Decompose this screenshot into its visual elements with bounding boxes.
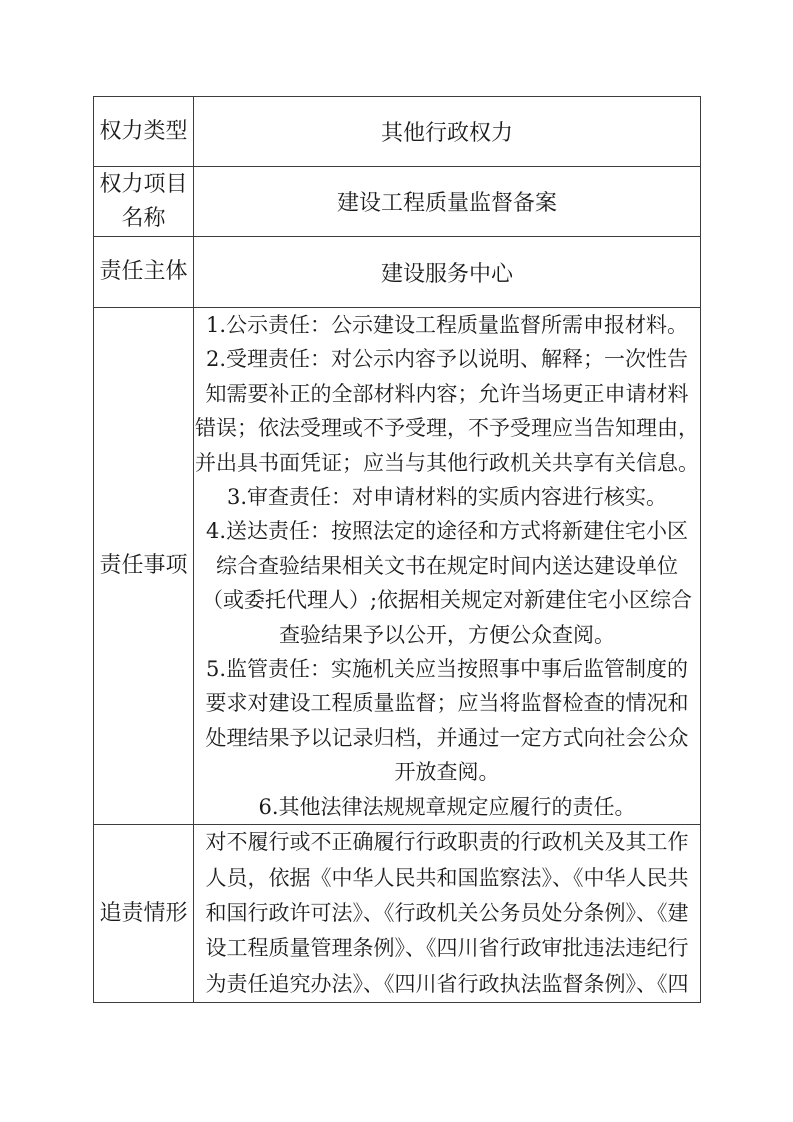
text-line: 开放查阅。 bbox=[194, 755, 700, 789]
row-value-power-type: 其他行政权力 bbox=[194, 97, 701, 167]
row-value-responsibility-items: 1.公示责任：公示建设工程质量监督所需申报材料。2.受理责任：对公示内容予以说明… bbox=[194, 308, 701, 825]
text-line: 设工程质量管理条例》、《四川省行政审批违法违纪行 bbox=[194, 931, 700, 966]
row-value-accountability: 对不履行或不正确履行行政职责的行政机关及其工作人员，依据《中华人民共和国监察法》… bbox=[194, 825, 701, 1003]
text-line: 4.送达责任：按照法定的途径和方式将新建住宅小区 bbox=[194, 514, 700, 548]
text-line: 并出具书面凭证；应当与其他行政机关共享有关信息。 bbox=[194, 446, 700, 480]
text-line: 3.审查责任：对申请材料的实质内容进行核实。 bbox=[194, 480, 700, 514]
row-label-responsible-entity: 责任主体 bbox=[94, 237, 194, 308]
text-line: 2.受理责任：对公示内容予以说明、解释；一次性告 bbox=[194, 342, 700, 376]
table-row-responsibility-items: 责任事项 1.公示责任：公示建设工程质量监督所需申报材料。2.受理责任：对公示内… bbox=[94, 308, 701, 825]
table-row-responsible-entity: 责任主体 建设服务中心 bbox=[94, 237, 701, 308]
row-label-project-name: 权力项目名称 bbox=[94, 167, 194, 237]
text-line: 综合查验结果相关文书在规定时间内送达建设单位 bbox=[194, 549, 700, 583]
text-line: 5.监管责任：实施机关应当按照事中事后监管制度的 bbox=[194, 652, 700, 686]
row-label-accountability: 追责情形 bbox=[94, 825, 194, 1003]
document-page: 权力类型 其他行政权力 权力项目名称 建设工程质量监督备案 责任主体 建设服务中… bbox=[0, 0, 793, 1122]
text-line: 要求对建设工程质量监督；应当将监督检查的情况和 bbox=[194, 686, 700, 720]
text-line: 为责任追究办法》、《四川省行政执法监督条例》、《四 bbox=[194, 967, 700, 1002]
text-line: 处理结果予以记录归档，并通过一定方式向社会公众 bbox=[194, 721, 700, 755]
text-line: 和国行政许可法》、《行政机关公务员处分条例》、《建 bbox=[194, 896, 700, 931]
row-value-project-name: 建设工程质量监督备案 bbox=[194, 167, 701, 237]
text-line: 错误；依法受理或不予受理，不予受理应当告知理由， bbox=[194, 411, 700, 445]
table-row-project-name: 权力项目名称 建设工程质量监督备案 bbox=[94, 167, 701, 237]
responsibility-table: 权力类型 其他行政权力 权力项目名称 建设工程质量监督备案 责任主体 建设服务中… bbox=[93, 96, 701, 1003]
row-label-responsibility-items: 责任事项 bbox=[94, 308, 194, 825]
text-line: 查验结果予以公开，方便公众查阅。 bbox=[194, 618, 700, 652]
table-row-accountability: 追责情形 对不履行或不正确履行行政职责的行政机关及其工作人员，依据《中华人民共和… bbox=[94, 825, 701, 1003]
text-line: 1.公示责任：公示建设工程质量监督所需申报材料。 bbox=[194, 308, 700, 342]
text-line: 6.其他法律法规规章规定应履行的责任。 bbox=[194, 790, 700, 824]
row-label-power-type: 权力类型 bbox=[94, 97, 194, 167]
text-line: 对不履行或不正确履行行政职责的行政机关及其工作 bbox=[194, 825, 700, 860]
text-line: 知需要补正的全部材料内容；允许当场更正申请材料 bbox=[194, 377, 700, 411]
row-value-responsible-entity: 建设服务中心 bbox=[194, 237, 701, 308]
text-line: （或委托代理人）;依据相关规定对新建住宅小区综合 bbox=[194, 583, 700, 617]
text-line: 人员，依据《中华人民共和国监察法》、《中华人民共 bbox=[194, 861, 700, 896]
table-row-power-type: 权力类型 其他行政权力 bbox=[94, 97, 701, 167]
table-body: 权力类型 其他行政权力 权力项目名称 建设工程质量监督备案 责任主体 建设服务中… bbox=[94, 97, 701, 1003]
